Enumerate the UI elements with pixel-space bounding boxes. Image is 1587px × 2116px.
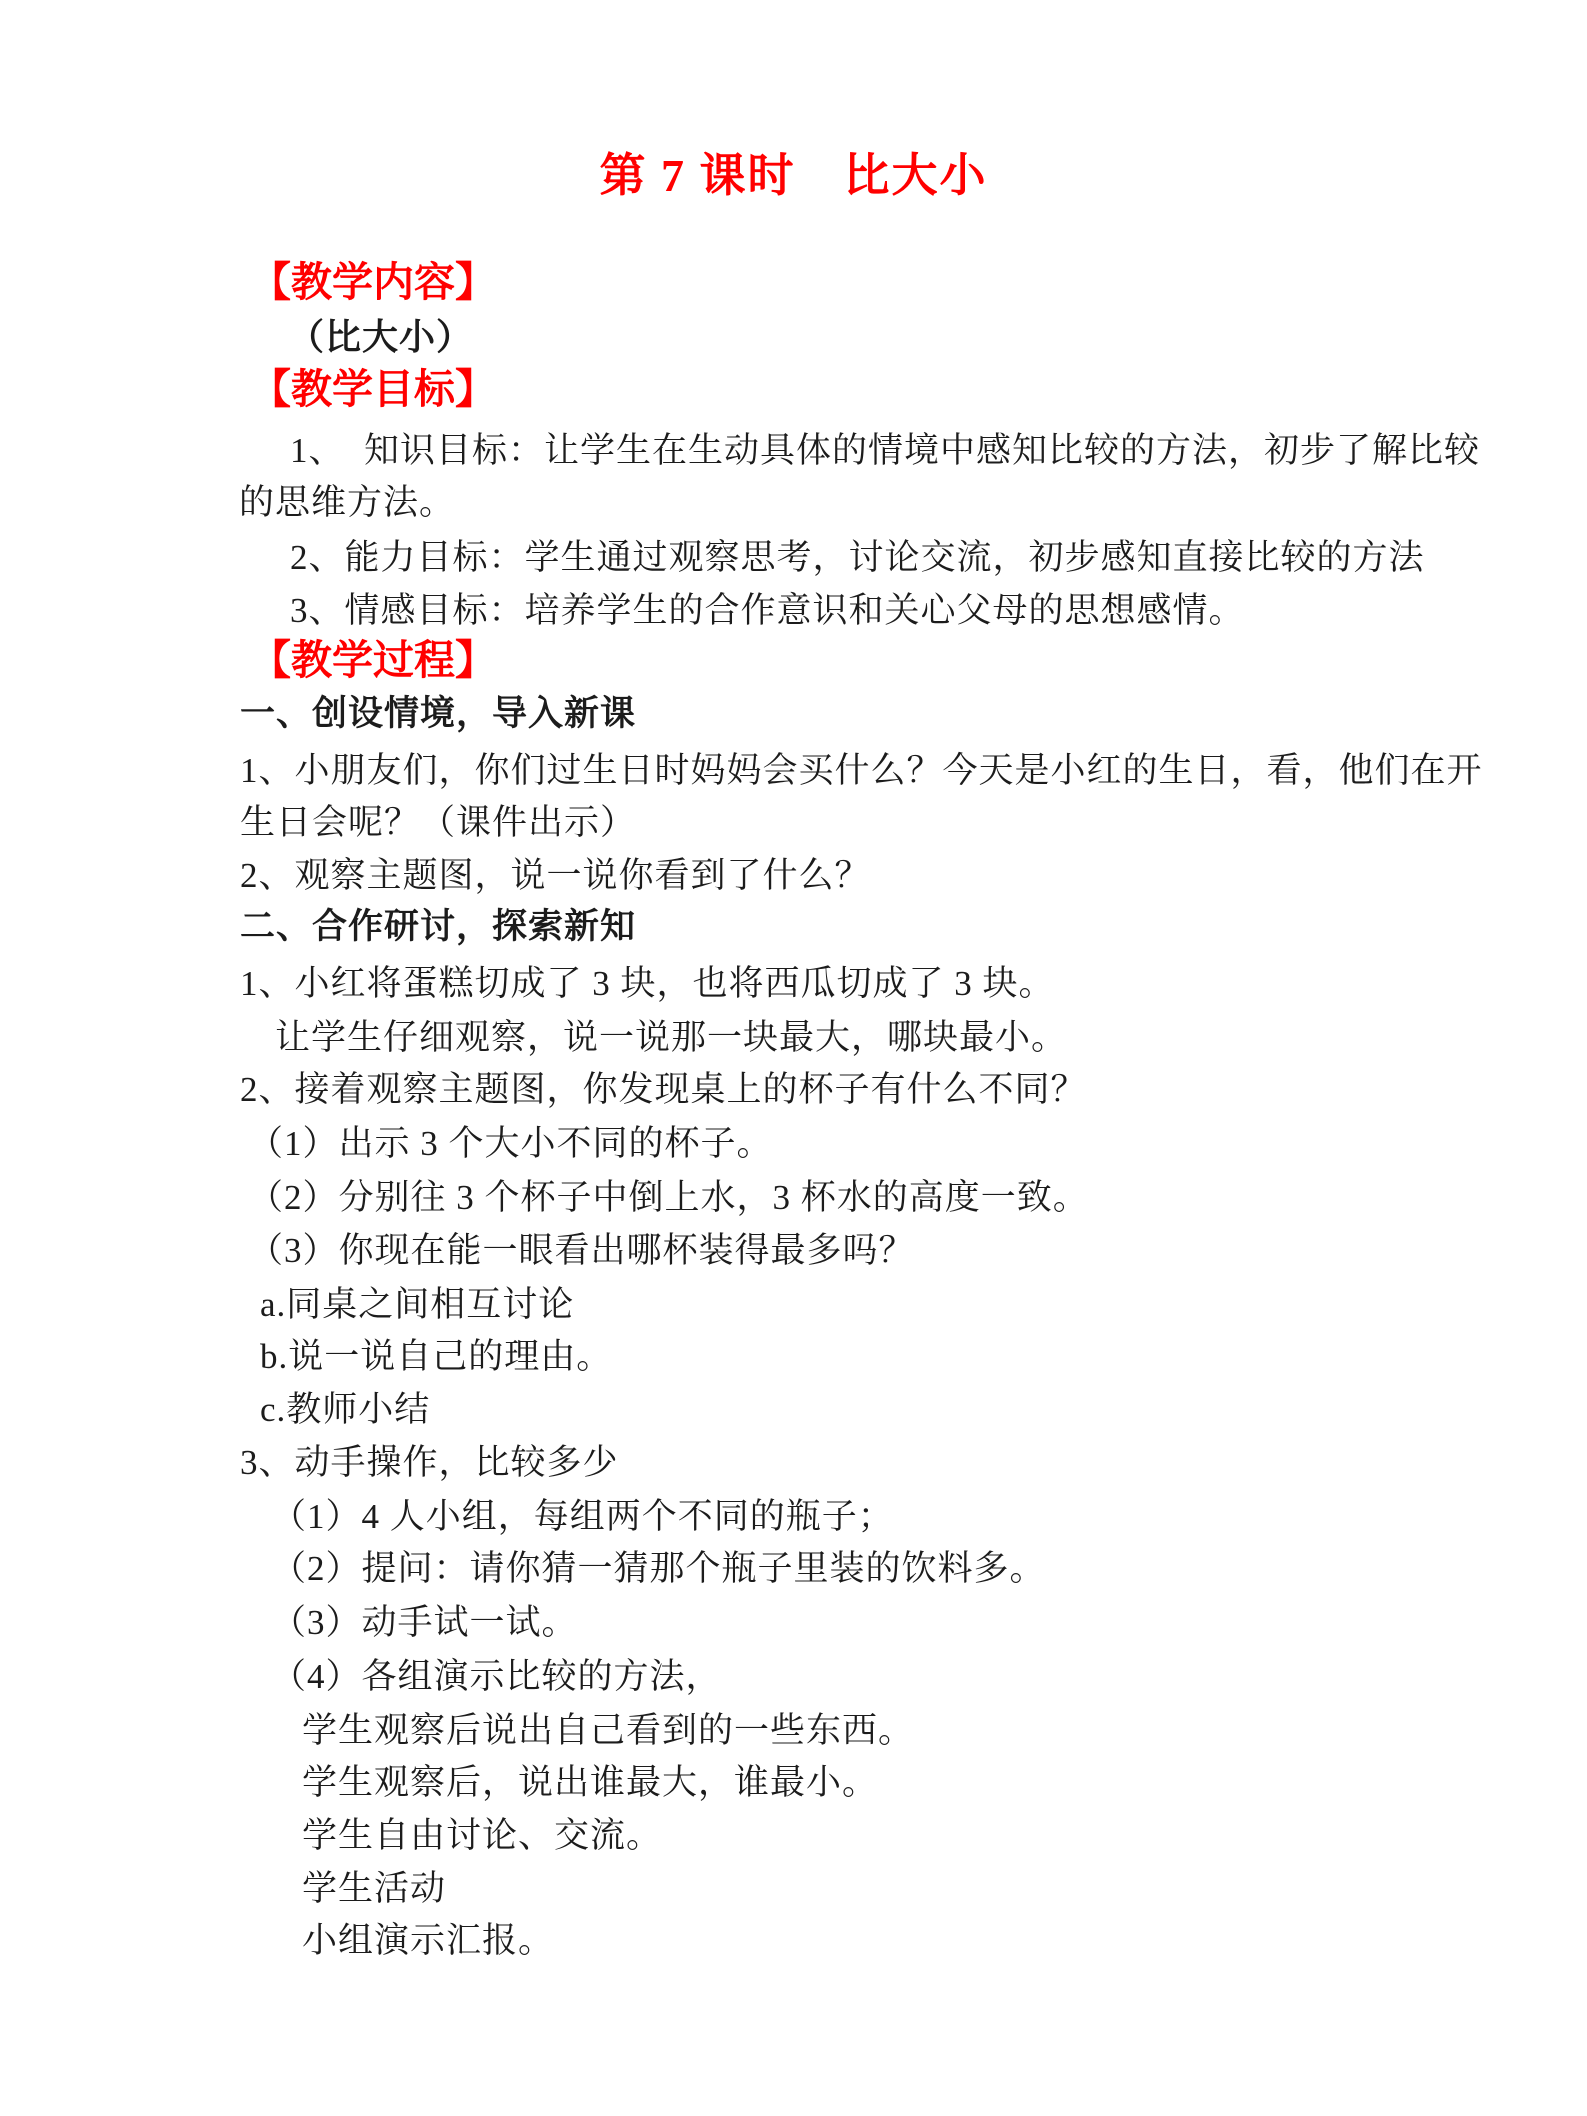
lesson-plan-page: 第 7 课时 比大小 【教学内容】 （比大小） 【教学目标】 1、 知识目标：让…: [0, 0, 1587, 2116]
process-line-discuss-c: c.教师小结: [260, 1392, 430, 1429]
process-line-students-1: 学生观察后说出自己看到的一些东西。: [302, 1713, 914, 1750]
goal-knowledge-line-2: 的思维方法。: [239, 485, 455, 522]
goal-ability-line: 2、能力目标：学生通过观察思考，讨论交流，初步感知直接比较的方法: [290, 540, 1425, 577]
process-line-intro-1: 1、小朋友们，你们过生日时妈妈会买什么？今天是小红的生日，看，他们在开: [240, 753, 1483, 790]
process-line-intro-2: 生日会呢？（课件出示）: [240, 805, 636, 842]
process-line-group-2: （2）提问：请你猜一猜那个瓶子里装的饮料多。: [271, 1551, 1046, 1588]
goal-emotion-line: 3、情感目标：培养学生的合作意识和关心父母的思想感情。: [290, 593, 1245, 630]
page-title: 第 7 课时 比大小: [0, 152, 1587, 200]
process-line-cups-3: （3）你现在能一眼看出哪杯装得最多吗？: [248, 1233, 915, 1270]
process-line-hands-on: 3、动手操作，比较多少: [240, 1445, 619, 1482]
process-line-report: 小组演示汇报。: [302, 1923, 554, 1960]
process-line-group-1: （1）4 人小组，每组两个不同的瓶子；: [271, 1499, 894, 1536]
process-line-discuss-a: a.同桌之间相互讨论: [260, 1287, 574, 1324]
process-line-students-2: 学生观察后，说出谁最大，谁最小。: [302, 1765, 878, 1802]
process-line-careful-observe: 让学生仔细观察，说一说那一块最大，哪块最小。: [275, 1020, 1067, 1057]
heading-teaching-content: 【教学内容】: [250, 261, 496, 304]
process-line-group-4: （4）各组演示比较的方法，: [271, 1659, 722, 1696]
process-part-1-heading: 一、创设情境，导入新课: [240, 696, 636, 733]
process-line-group-3: （3）动手试一试。: [271, 1605, 578, 1642]
process-line-cake: 1、小红将蛋糕切成了 3 块，也将西瓜切成了 3 块。: [240, 966, 1055, 1003]
goal-knowledge-line-1: 1、 知识目标：让学生在生动具体的情境中感知比较的方法，初步了解比较: [290, 433, 1480, 470]
process-line-cups-2: （2）分别往 3 个杯子中倒上水，3 杯水的高度一致。: [248, 1180, 1089, 1217]
process-line-cups-1: （1）出示 3 个大小不同的杯子。: [248, 1126, 773, 1163]
content-topic-line: （比大小）: [288, 319, 473, 357]
process-part-2-heading: 二、合作研讨，探索新知: [240, 909, 636, 946]
process-line-students-4: 学生活动: [302, 1871, 446, 1908]
process-line-discuss-b: b.说一说自己的理由。: [260, 1339, 612, 1376]
process-line-observe-theme: 2、观察主题图，说一说你看到了什么？: [240, 858, 871, 895]
process-line-cups-question: 2、接着观察主题图，你发现桌上的杯子有什么不同？: [240, 1072, 1087, 1109]
heading-teaching-process: 【教学过程】: [250, 639, 496, 682]
process-line-students-3: 学生自由讨论、交流。: [302, 1818, 662, 1855]
heading-teaching-goals: 【教学目标】: [250, 368, 496, 411]
